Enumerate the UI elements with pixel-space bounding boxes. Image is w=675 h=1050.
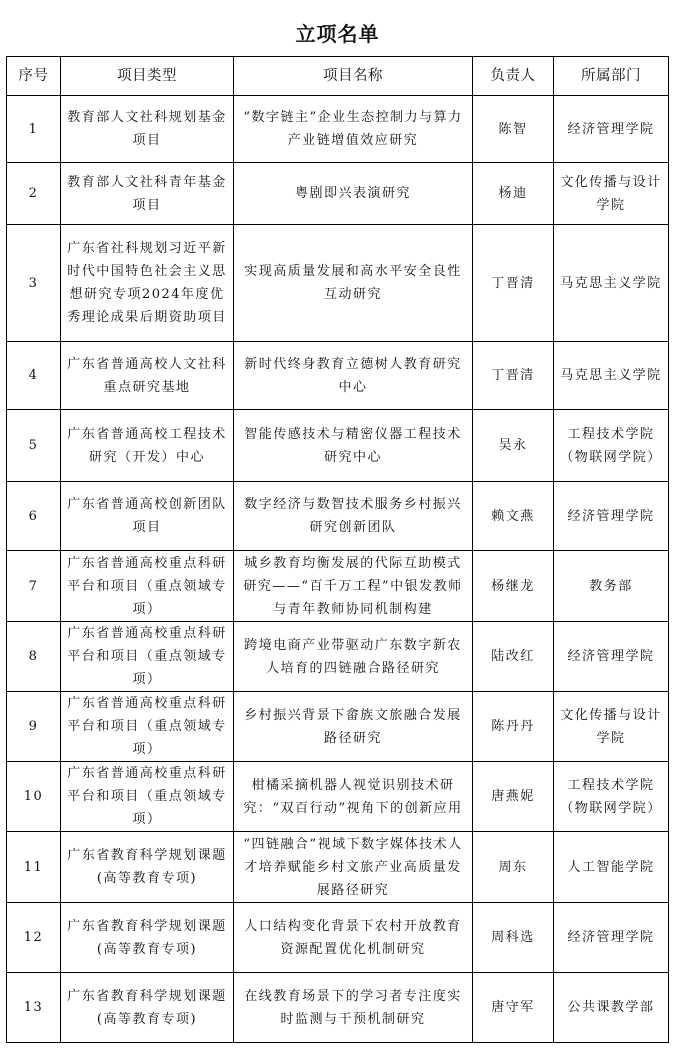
cell-name: 实现高质量发展和高水平安全良性互动研究 bbox=[234, 225, 473, 342]
column-header-dept: 所属部门 bbox=[554, 57, 669, 96]
cell-leader: 周东 bbox=[473, 832, 554, 903]
cell-no: 5 bbox=[7, 410, 61, 482]
cell-no: 9 bbox=[7, 692, 61, 762]
cell-name: 跨境电商产业带驱动广东数字新农人培育的四链融合路径研究 bbox=[234, 622, 473, 692]
cell-dept: 工程技术学院（物联网学院） bbox=[554, 762, 669, 832]
cell-no: 10 bbox=[7, 762, 61, 832]
cell-type: 广东省普通高校重点科研平台和项目（重点领域专项） bbox=[61, 551, 234, 622]
cell-leader: 陆改红 bbox=[473, 622, 554, 692]
cell-leader: 陈丹丹 bbox=[473, 692, 554, 762]
table-row: 7广东省普通高校重点科研平台和项目（重点领域专项）城乡教育均衡发展的代际互助模式… bbox=[7, 551, 669, 622]
cell-leader: 唐守军 bbox=[473, 973, 554, 1043]
cell-no: 8 bbox=[7, 622, 61, 692]
cell-type: 广东省普通高校人文社科重点研究基地 bbox=[61, 342, 234, 410]
cell-type: 广东省社科规划习近平新时代中国特色社会主义思想研究专项2024年度优秀理论成果后… bbox=[61, 225, 234, 342]
column-header-name: 项目名称 bbox=[234, 57, 473, 96]
column-header-type: 项目类型 bbox=[61, 57, 234, 96]
cell-dept: 经济管理学院 bbox=[554, 96, 669, 163]
cell-name: 乡村振兴背景下畲族文旅融合发展路径研究 bbox=[234, 692, 473, 762]
cell-leader: 唐燕妮 bbox=[473, 762, 554, 832]
column-header-leader: 负责人 bbox=[473, 57, 554, 96]
cell-leader: 杨继龙 bbox=[473, 551, 554, 622]
cell-no: 1 bbox=[7, 96, 61, 163]
cell-no: 12 bbox=[7, 903, 61, 973]
cell-dept: 经济管理学院 bbox=[554, 622, 669, 692]
cell-leader: 杨迪 bbox=[473, 163, 554, 225]
cell-no: 11 bbox=[7, 832, 61, 903]
cell-type: 广东省普通高校工程技术研究（开发）中心 bbox=[61, 410, 234, 482]
cell-type: 广东省教育科学规划课题(高等教育专项) bbox=[61, 832, 234, 903]
cell-name: 柑橘采摘机器人视觉识别技术研究：“双百行动”视角下的创新应用 bbox=[234, 762, 473, 832]
cell-leader: 周科选 bbox=[473, 903, 554, 973]
cell-type: 教育部人文社科规划基金项目 bbox=[61, 96, 234, 163]
cell-type: 广东省普通高校重点科研平台和项目（重点领域专项） bbox=[61, 692, 234, 762]
cell-leader: 丁晋清 bbox=[473, 225, 554, 342]
cell-dept: 马克思主义学院 bbox=[554, 342, 669, 410]
cell-no: 4 bbox=[7, 342, 61, 410]
cell-dept: 文化传播与设计学院 bbox=[554, 163, 669, 225]
cell-dept: 教务部 bbox=[554, 551, 669, 622]
cell-dept: 马克思主义学院 bbox=[554, 225, 669, 342]
project-list-table: 序号 项目类型 项目名称 负责人 所属部门 1教育部人文社科规划基金项目“数字链… bbox=[6, 56, 669, 1043]
cell-dept: 人工智能学院 bbox=[554, 832, 669, 903]
cell-no: 6 bbox=[7, 482, 61, 551]
cell-dept: 文化传播与设计学院 bbox=[554, 692, 669, 762]
column-header-no: 序号 bbox=[7, 57, 61, 96]
cell-type: 广东省教育科学规划课题(高等教育专项) bbox=[61, 903, 234, 973]
cell-dept: 工程技术学院（物联网学院） bbox=[554, 410, 669, 482]
cell-name: 粤剧即兴表演研究 bbox=[234, 163, 473, 225]
cell-no: 2 bbox=[7, 163, 61, 225]
table-row: 5广东省普通高校工程技术研究（开发）中心智能传感技术与精密仪器工程技术研究中心吴… bbox=[7, 410, 669, 482]
table-row: 9广东省普通高校重点科研平台和项目（重点领域专项）乡村振兴背景下畲族文旅融合发展… bbox=[7, 692, 669, 762]
cell-leader: 陈智 bbox=[473, 96, 554, 163]
cell-leader: 丁晋清 bbox=[473, 342, 554, 410]
cell-leader: 吴永 bbox=[473, 410, 554, 482]
cell-dept: 经济管理学院 bbox=[554, 903, 669, 973]
table-row: 2教育部人文社科青年基金项目粤剧即兴表演研究杨迪文化传播与设计学院 bbox=[7, 163, 669, 225]
table-row: 11广东省教育科学规划课题(高等教育专项)“四链融合”视域下数字媒体技术人才培养… bbox=[7, 832, 669, 903]
cell-type: 教育部人文社科青年基金项目 bbox=[61, 163, 234, 225]
table-row: 8广东省普通高校重点科研平台和项目（重点领域专项）跨境电商产业带驱动广东数字新农… bbox=[7, 622, 669, 692]
document-title: 立项名单 bbox=[0, 18, 675, 47]
table-row: 4广东省普通高校人文社科重点研究基地新时代终身教育立德树人教育研究中心丁晋清马克… bbox=[7, 342, 669, 410]
table-row: 6广东省普通高校创新团队项目数字经济与数智技术服务乡村振兴研究创新团队赖文燕经济… bbox=[7, 482, 669, 551]
cell-name: 新时代终身教育立德树人教育研究中心 bbox=[234, 342, 473, 410]
cell-name: 城乡教育均衡发展的代际互助模式研究——“百千万工程”中银发教师与青年教师协同机制… bbox=[234, 551, 473, 622]
cell-name: 在线教育场景下的学习者专注度实时监测与干预机制研究 bbox=[234, 973, 473, 1043]
cell-type: 广东省普通高校重点科研平台和项目（重点领域专项） bbox=[61, 762, 234, 832]
cell-type: 广东省教育科学规划课题(高等教育专项) bbox=[61, 973, 234, 1043]
cell-type: 广东省普通高校重点科研平台和项目（重点领域专项） bbox=[61, 622, 234, 692]
table-row: 13广东省教育科学规划课题(高等教育专项)在线教育场景下的学习者专注度实时监测与… bbox=[7, 973, 669, 1043]
cell-no: 7 bbox=[7, 551, 61, 622]
table-row: 10广东省普通高校重点科研平台和项目（重点领域专项）柑橘采摘机器人视觉识别技术研… bbox=[7, 762, 669, 832]
table-header-row: 序号 项目类型 项目名称 负责人 所属部门 bbox=[7, 57, 669, 96]
table-row: 1教育部人文社科规划基金项目“数字链主”企业生态控制力与算力产业链增值效应研究陈… bbox=[7, 96, 669, 163]
cell-type: 广东省普通高校创新团队项目 bbox=[61, 482, 234, 551]
cell-name: “四链融合”视域下数字媒体技术人才培养赋能乡村文旅产业高质量发展路径研究 bbox=[234, 832, 473, 903]
cell-no: 3 bbox=[7, 225, 61, 342]
table-row: 12广东省教育科学规划课题(高等教育专项)人口结构变化背景下农村开放教育资源配置… bbox=[7, 903, 669, 973]
cell-dept: 公共课教学部 bbox=[554, 973, 669, 1043]
cell-no: 13 bbox=[7, 973, 61, 1043]
cell-dept: 经济管理学院 bbox=[554, 482, 669, 551]
cell-name: “数字链主”企业生态控制力与算力产业链增值效应研究 bbox=[234, 96, 473, 163]
cell-name: 数字经济与数智技术服务乡村振兴研究创新团队 bbox=[234, 482, 473, 551]
cell-leader: 赖文燕 bbox=[473, 482, 554, 551]
table-row: 3广东省社科规划习近平新时代中国特色社会主义思想研究专项2024年度优秀理论成果… bbox=[7, 225, 669, 342]
cell-name: 人口结构变化背景下农村开放教育资源配置优化机制研究 bbox=[234, 903, 473, 973]
cell-name: 智能传感技术与精密仪器工程技术研究中心 bbox=[234, 410, 473, 482]
